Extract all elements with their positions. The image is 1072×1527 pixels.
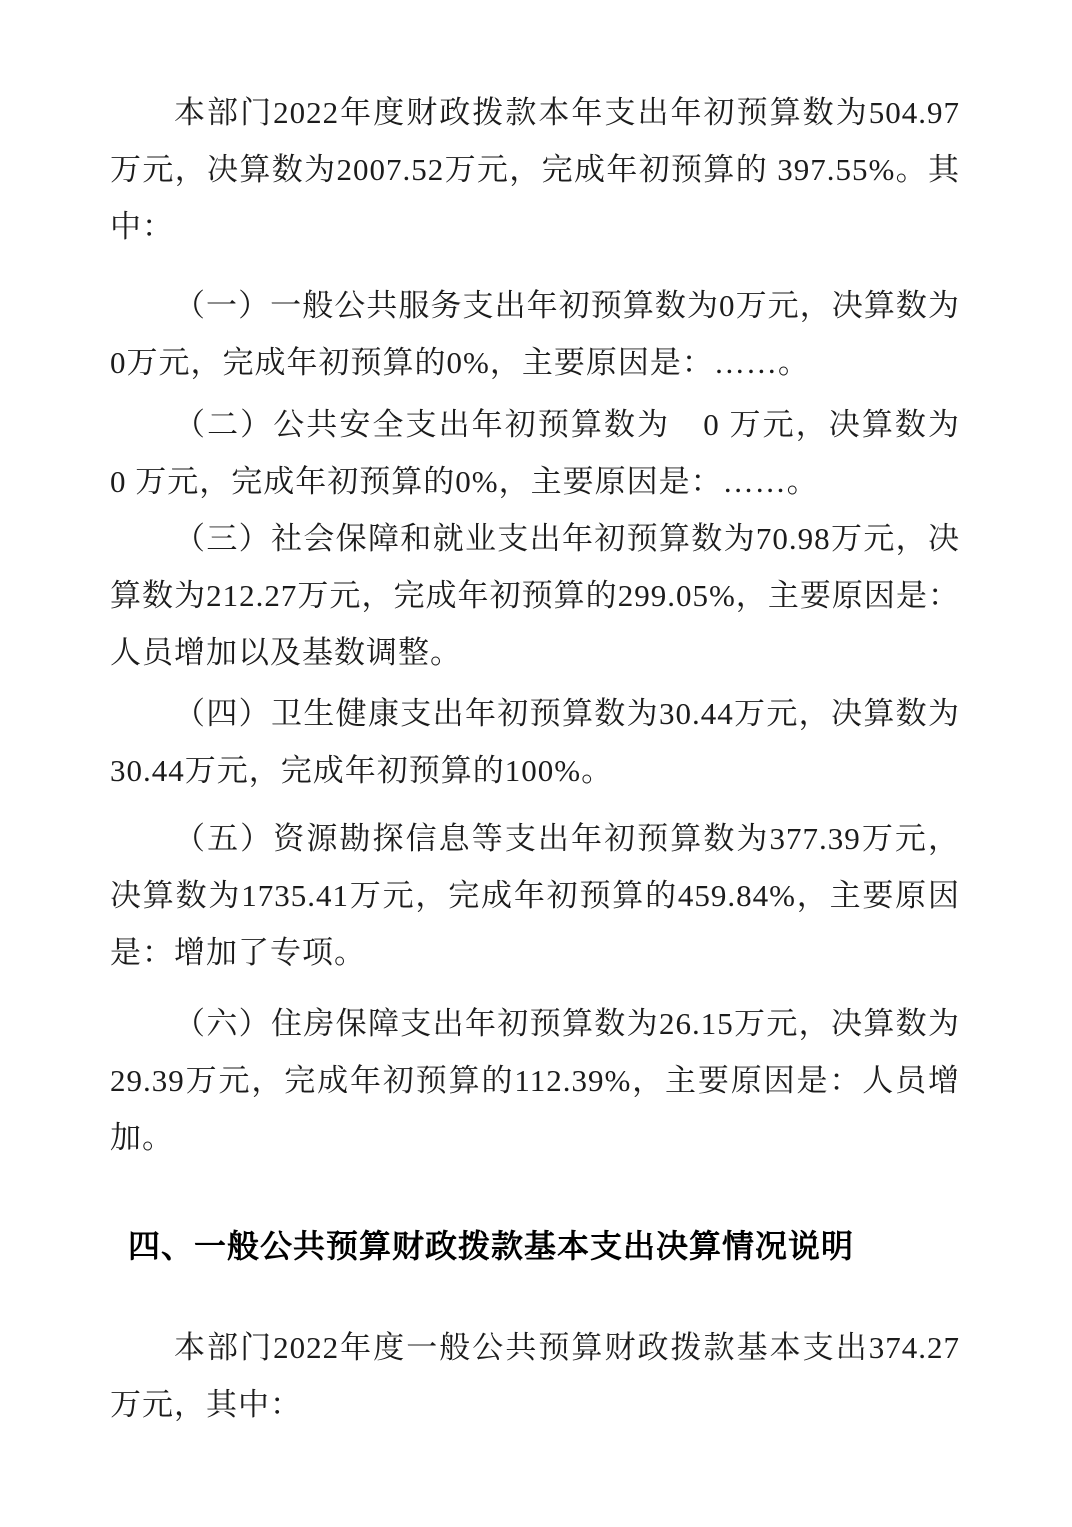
paragraph-basic-expenditure-total: 本部门2022年度一般公共预算财政拨款基本支出374.27万元，其中： [110, 1319, 960, 1433]
paragraph-item-5-resource-exploration: （五）资源勘探信息等支出年初预算数为377.39万元，决算数为1735.41万元… [110, 810, 960, 981]
paragraph-item-6-housing-security: （六）住房保障支出年初预算数为26.15万元，决算数为 29.39万元，完成年初… [110, 995, 960, 1166]
paragraph-item-3-social-security-employment: （三）社会保障和就业支出年初预算数为70.98万元，决算数为212.27万元，完… [110, 510, 960, 681]
document-page: 本部门2022年度财政拨款本年支出年初预算数为504.97万元，决算数为2007… [0, 0, 1072, 1527]
paragraph-item-2-public-security: （二）公共安全支出年初预算数为 0 万元，决算数为 0 万元，完成年初预算的0%… [110, 396, 960, 510]
section-heading-basic-expenditure: 四、一般公共预算财政拨款基本支出决算情况说明 [128, 1218, 960, 1275]
document-content: 本部门2022年度财政拨款本年支出年初预算数为504.97万元，决算数为2007… [0, 0, 1072, 1433]
paragraph-fiscal-appropriation-total: 本部门2022年度财政拨款本年支出年初预算数为504.97万元，决算数为2007… [110, 84, 960, 255]
paragraph-item-4-health: （四）卫生健康支出年初预算数为30.44万元，决算数为 30.44万元，完成年初… [110, 685, 960, 799]
paragraph-item-1-general-public-services: （一）一般公共服务支出年初预算数为0万元，决算数为0万元，完成年初预算的0%，主… [110, 277, 960, 391]
